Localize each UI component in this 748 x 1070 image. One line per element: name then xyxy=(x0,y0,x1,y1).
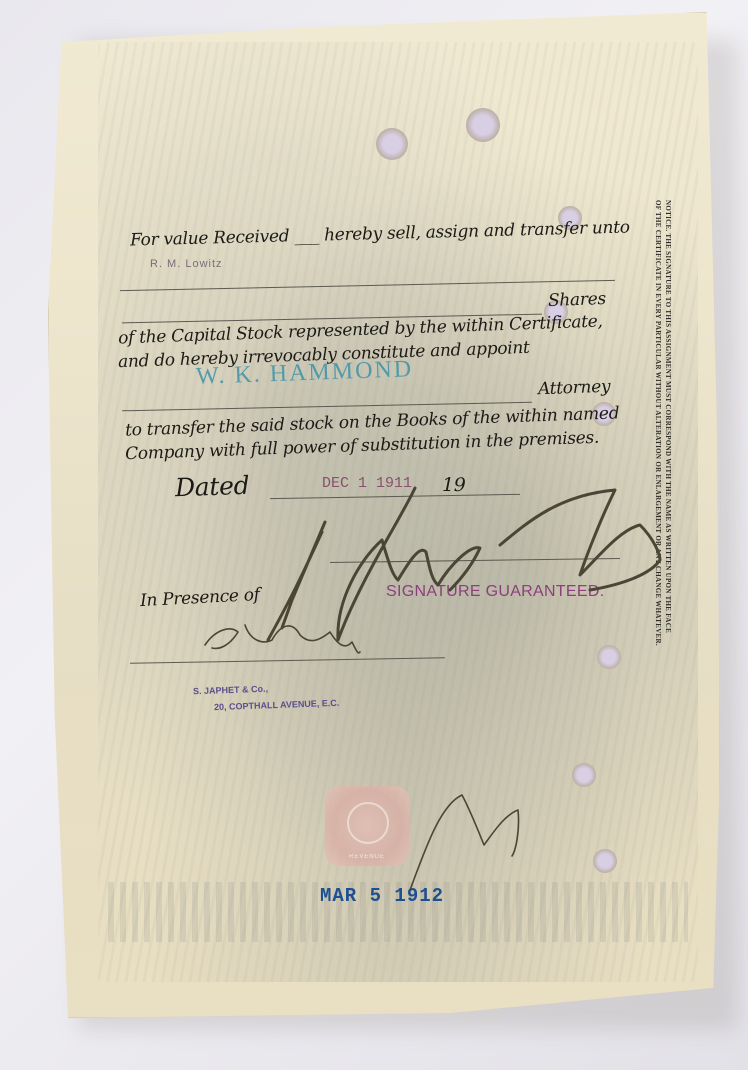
punch-hole xyxy=(572,763,596,787)
notice-line-1: NOTICE. THE SIGNATURE TO THIS ASSIGNMENT… xyxy=(664,200,672,633)
punch-hole xyxy=(376,128,408,160)
attorney-label: Attorney xyxy=(538,377,611,400)
punch-hole xyxy=(597,645,621,669)
signature-guaranteed-stamp: SIGNATURE GUARANTEED. xyxy=(386,583,604,601)
revenue-stamp: REVENUE xyxy=(325,786,409,866)
stock-transfer-document xyxy=(48,12,720,1018)
punch-hole xyxy=(466,108,500,142)
revenue-stamp-seal-icon xyxy=(347,802,389,844)
dated-label: Dated xyxy=(175,471,250,503)
revenue-stamp-label: REVENUE xyxy=(325,854,409,860)
signature-notice: NOTICE. THE SIGNATURE TO THIS ASSIGNMENT… xyxy=(628,200,668,690)
punch-hole xyxy=(593,849,617,873)
received-date-stamp: MAR 5 1912 xyxy=(320,885,444,907)
transferee-stamp: R. M. Lowitz xyxy=(150,258,223,270)
year-prefix: 19 xyxy=(442,474,466,496)
shares-label: Shares xyxy=(548,289,607,311)
notice-line-2: OF THE CERTIFICATE IN EVERY PARTICULAR W… xyxy=(654,200,662,646)
date-stamp: DEC 1 1911 xyxy=(322,475,412,492)
